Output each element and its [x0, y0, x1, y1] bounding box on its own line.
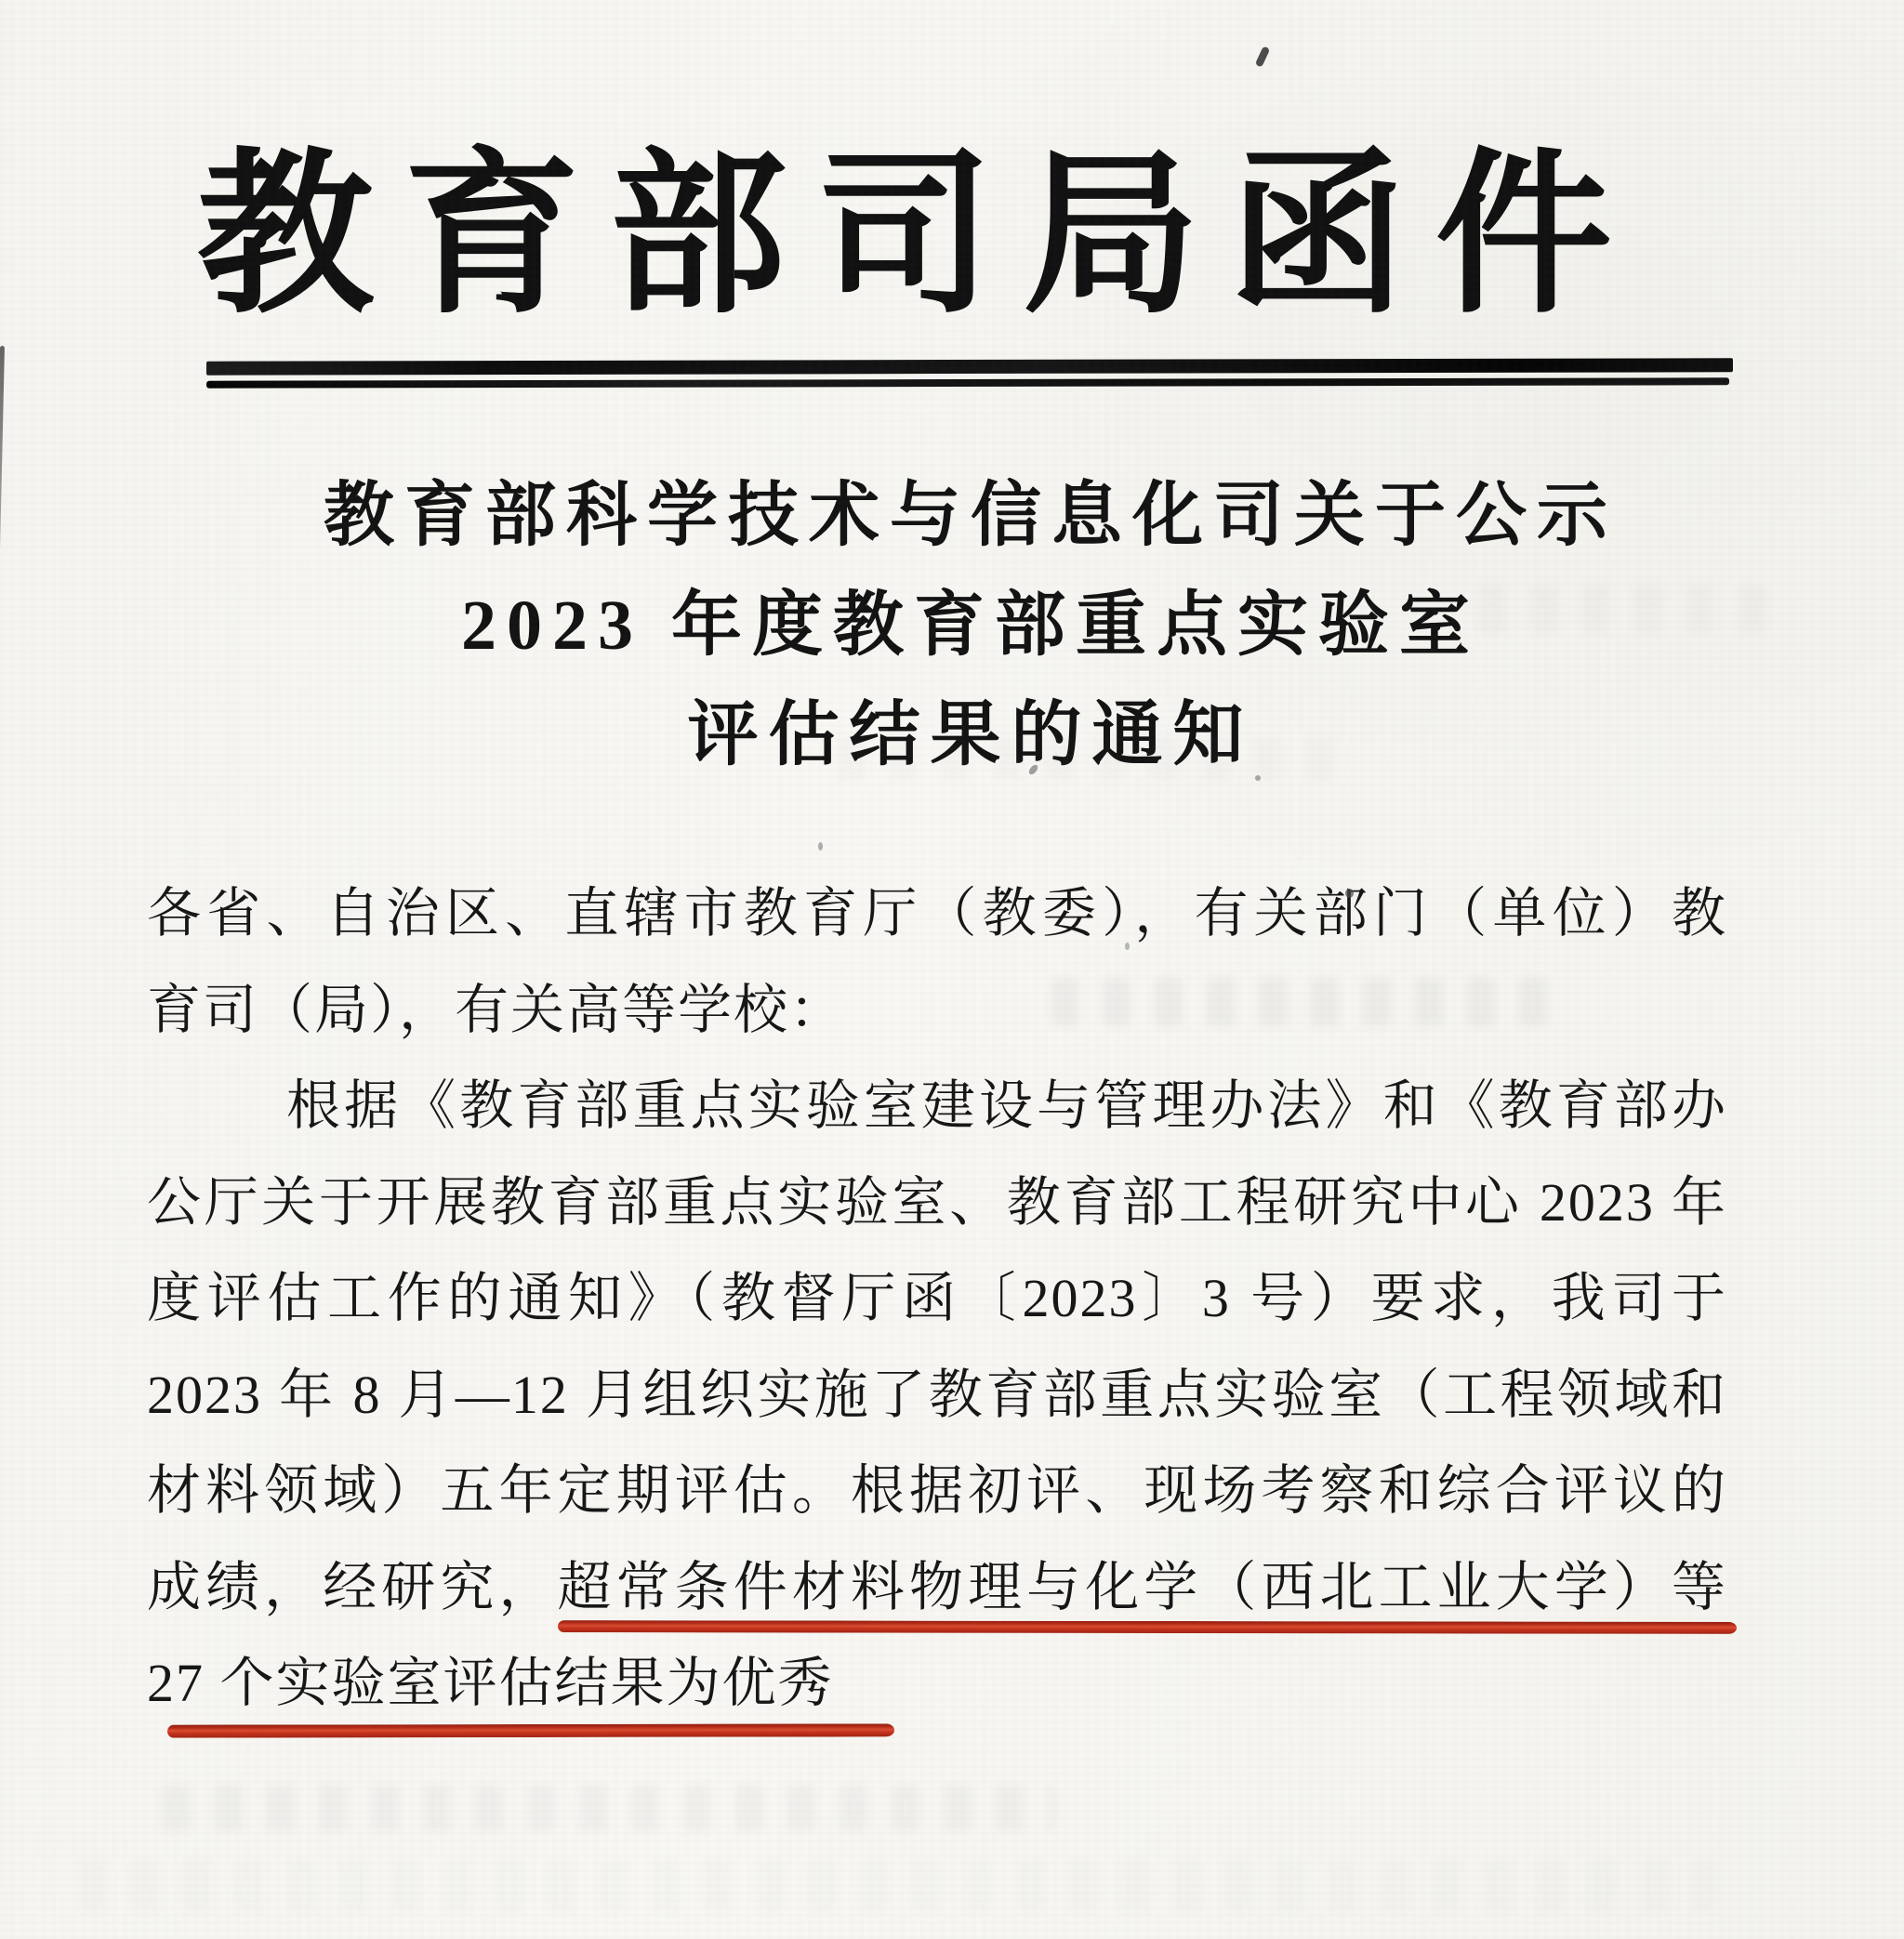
body-line-1: 根据《教育部重点实验室建设与管理办法》和《教育部办	[147, 1058, 1727, 1154]
salutation-line-1: 各省、自治区、直辖市教育厅（教委），有关部门（单位）教	[147, 865, 1727, 962]
body-line-4: 2023 年 8 月—12 月组织实施了教育部重点实验室（工程领域和	[147, 1347, 1727, 1444]
scan-speck	[818, 842, 823, 851]
letterhead-char: 司	[816, 145, 993, 331]
red-underline-2	[167, 1723, 894, 1737]
body-line-7: 27 个实验室评估结果为优秀	[147, 1635, 1727, 1732]
letter-body: 各省、自治区、直辖市教育厅（教委），有关部门（单位）教 育司（局），有关高等学校…	[147, 865, 1727, 1732]
bleed-through-smudge	[79, 1859, 1715, 1913]
letterhead-char: 函	[1229, 145, 1406, 331]
letterhead-char: 部	[610, 145, 787, 331]
salutation-line-2: 育司（局），有关高等学校：	[147, 962, 1727, 1059]
notice-title-line-3: 评估结果的通知	[19, 680, 1904, 790]
body-line-5: 材料领域）五年定期评估。根据初评、现场考察和综合评议的	[147, 1443, 1727, 1539]
notice-title-line-2: 2023 年度教育部重点实验室	[19, 571, 1904, 680]
letterhead-title: 教 育 部 司 局 函 件	[197, 145, 1612, 331]
body-line-2: 公厅关于开展教育部重点实验室、教育部工程研究中心 2023 年	[147, 1154, 1727, 1251]
letterhead-char: 教	[197, 145, 374, 331]
body-line-3: 度评估工作的通知》（教督厅函〔2023〕3 号）要求，我司于	[147, 1250, 1727, 1347]
letterhead-divider	[206, 358, 1733, 388]
notice-title: 教育部科学技术与信息化司关于公示 2023 年度教育部重点实验室 评估结果的通知	[19, 461, 1904, 790]
letterhead-char: 局	[1023, 145, 1199, 331]
divider-thick-line	[206, 358, 1733, 375]
bleed-through-smudge	[163, 1785, 1055, 1831]
divider-thin-line	[206, 377, 1729, 388]
scanned-letter-page: 教 育 部 司 局 函 件 教育部科学技术与信息化司关于公示 2023 年度教育…	[0, 0, 1904, 1939]
notice-title-line-1: 教育部科学技术与信息化司关于公示	[19, 461, 1904, 571]
scan-scratch	[0, 346, 5, 583]
red-underline-1	[558, 1620, 1737, 1634]
scan-speck	[1255, 46, 1271, 67]
letterhead-char: 件	[1435, 145, 1612, 331]
letterhead-char: 育	[403, 145, 580, 331]
